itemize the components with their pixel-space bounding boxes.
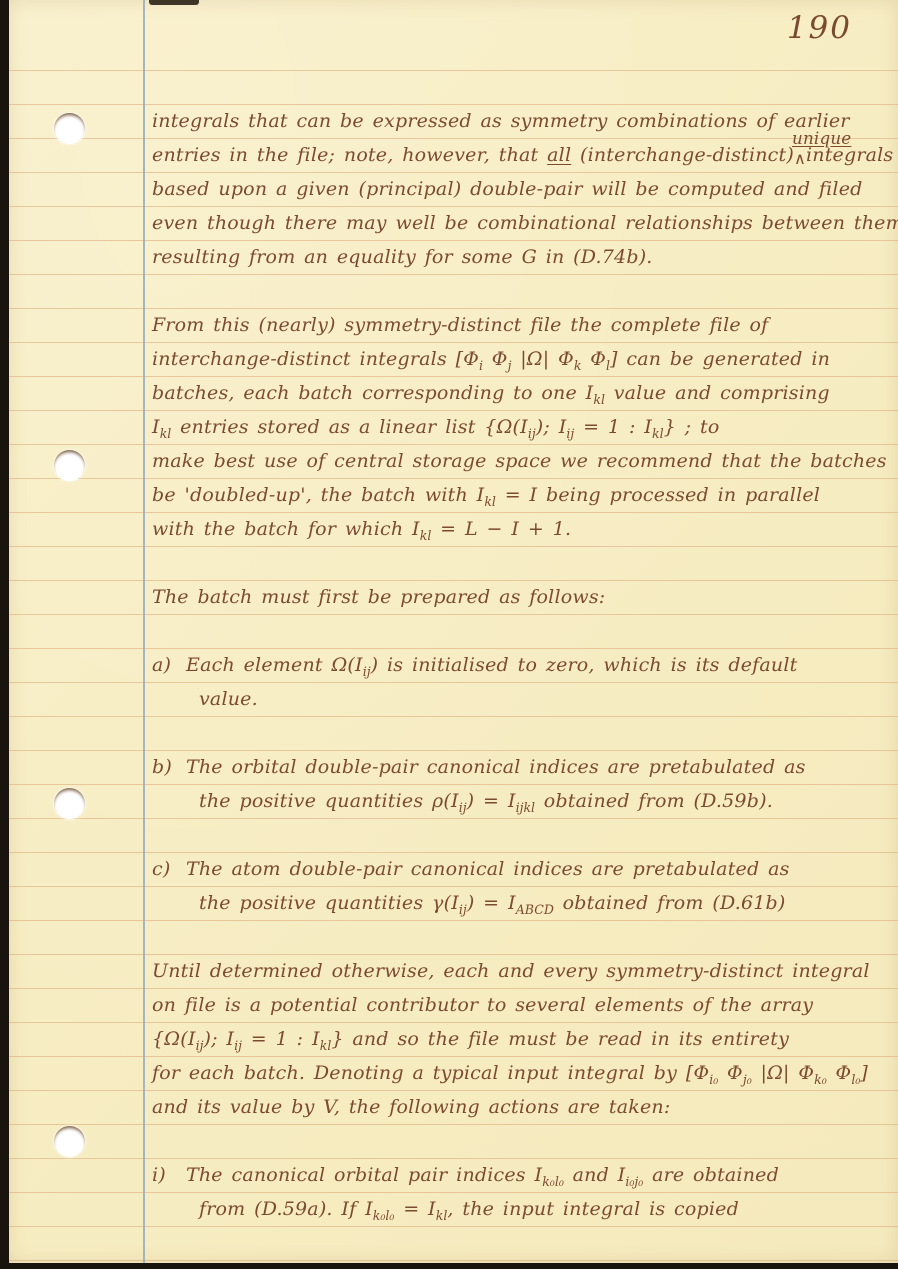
list-item: i)The canonical orbital pair indices Ik₀… [152,1158,880,1226]
handwritten-line: the positive quantities γ(Iij) = IABCD o… [152,886,880,920]
handwritten-line: The canonical orbital pair indices Ik₀l₀… [152,1158,880,1192]
handwritten-line: Until determined otherwise, each and eve… [152,954,880,988]
handwritten-line: the positive quantities ρ(Iij) = Iijkl o… [152,784,880,818]
handwritten-line: {Ω(Iij); Iij = 1 : Ikl} and so the file … [152,1022,880,1056]
handwritten-line: even though there may well be combinatio… [152,206,880,240]
handwritten-line: be 'doubled-up', the batch with Ikl = I … [152,478,880,512]
handwritten-line: resulting from an equality for some G in… [152,240,880,274]
page-content: integrals that can be expressed as symme… [9,0,898,1263]
handwritten-line: on file is a potential contributor to se… [152,988,880,1022]
handwritten-line: based upon a given (principal) double-pa… [152,172,880,206]
notebook-page: 190 integrals that can be expressed as s… [9,0,898,1263]
paragraph: The batch must first be prepared as foll… [152,580,880,614]
list-item: c)The atom double-pair canonical indices… [152,852,880,920]
handwritten-line: batches, each batch corresponding to one… [152,376,880,410]
handwritten-line: interchange-distinct integrals [Φi Φj |Ω… [152,342,880,376]
list-item: b)The orbital double-pair canonical indi… [152,750,880,818]
handwritten-line: and its value by V, the following action… [152,1090,880,1124]
paragraph: Until determined otherwise, each and eve… [152,954,880,1124]
handwritten-line: make best use of central storage space w… [152,444,880,478]
paragraph: From this (nearly) symmetry-distinct fil… [152,308,880,546]
handwritten-line: from (D.59a). If Ik₀l₀ = Ikl, the input … [152,1192,880,1226]
handwritten-line: The batch must first be prepared as foll… [152,580,880,614]
paragraph: integrals that can be expressed as symme… [152,104,880,274]
list-item: a)Each element Ω(Iij) is initialised to … [152,648,880,716]
item-label: a) [152,648,171,682]
handwritten-line: with the batch for which Ikl = L − I + 1… [152,512,880,546]
handwritten-line: Ikl entries stored as a linear list {Ω(I… [152,410,880,444]
handwritten-line: value. [152,682,880,716]
handwritten-line: The orbital double-pair canonical indice… [152,750,880,784]
handwritten-line: From this (nearly) symmetry-distinct fil… [152,308,880,342]
handwritten-line: entries in the file; note, however, that… [152,138,880,172]
handwritten-line: integrals that can be expressed as symme… [152,104,880,138]
handwritten-line: for each batch. Denoting a typical input… [152,1056,880,1090]
item-label: b) [152,750,172,784]
item-label: i) [152,1158,166,1192]
item-label: c) [152,852,170,886]
handwritten-line: The atom double-pair canonical indices a… [152,852,880,886]
handwritten-line: Each element Ω(Iij) is initialised to ze… [152,648,880,682]
